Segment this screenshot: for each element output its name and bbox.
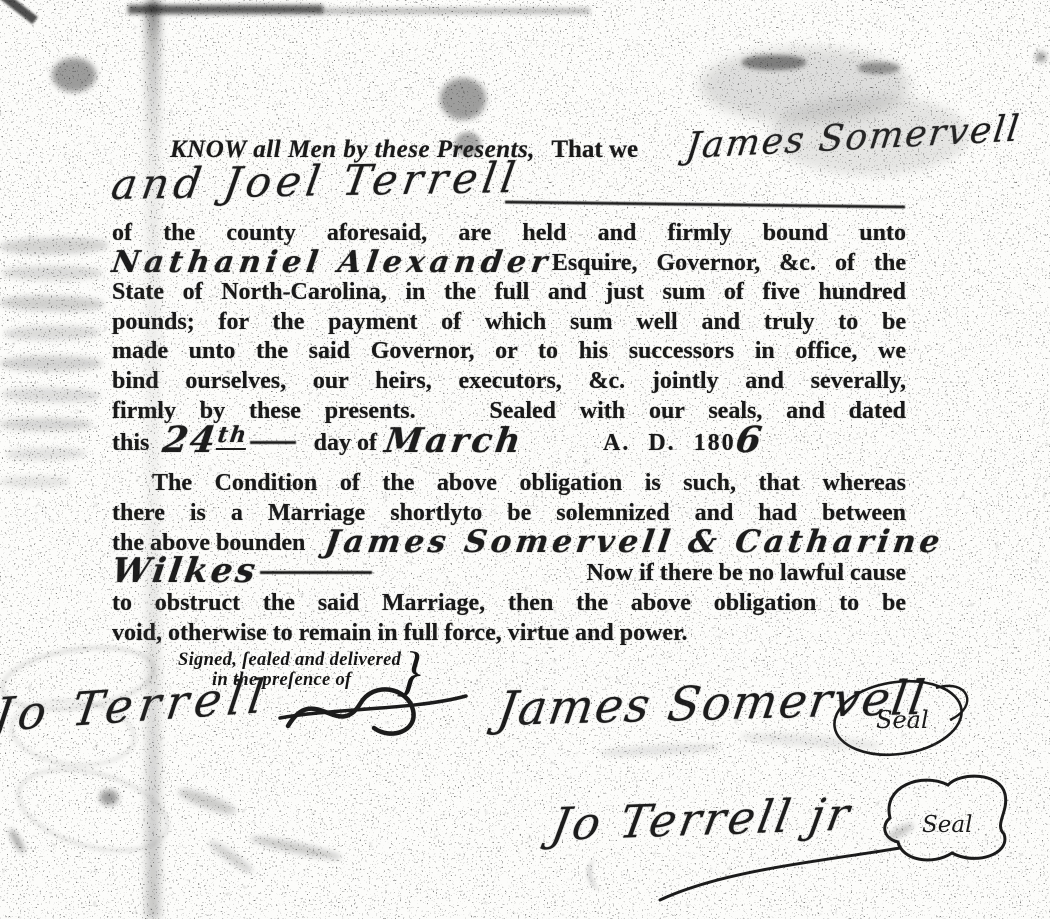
cosigner-signature-tail <box>600 838 930 908</box>
top-edge-blot-light <box>320 8 590 14</box>
bleed-through-text <box>2 387 100 403</box>
ghost-scrawl <box>740 730 880 752</box>
obligation-line-4: pounds; for the payment of which sum wel… <box>112 308 906 338</box>
ink-dot <box>1036 52 1046 62</box>
obligation-line-5: made unto the said Governor, or to his s… <box>112 337 906 367</box>
corner-ink-mark <box>0 0 38 24</box>
ghost-loop <box>8 753 178 867</box>
condition-line-4: Wilkes Now if there be no lawful cause <box>112 558 906 588</box>
ghost-scrawl <box>600 742 720 758</box>
ghost-mark <box>585 856 615 892</box>
condition-line-5: to obstruct the said Marriage, then the … <box>112 588 906 618</box>
date-year-digit-handwritten: 6 <box>734 426 763 455</box>
ghost-mark <box>8 828 26 854</box>
obligation-line-2: Nathaniel AlexanderEsquire, Governor, &c… <box>112 249 906 279</box>
blank-line-rule <box>505 201 905 209</box>
governor-name-handwritten: Nathaniel Alexander <box>110 251 553 275</box>
bleed-through-text <box>0 418 92 431</box>
bride-surname-handwritten: Wilkes <box>110 558 260 585</box>
bride-surname-rule <box>260 571 372 574</box>
obligation-line-6: bind ourselves, our heirs, executors, &c… <box>112 367 906 397</box>
smudge-cluster <box>700 48 910 123</box>
ink-blot <box>52 58 96 92</box>
ink-dot <box>100 790 118 805</box>
cosigner-signature: Jo Terrell jr <box>547 787 856 851</box>
bride-surname-group: Wilkes <box>112 558 378 588</box>
date-this-label: this <box>112 430 149 456</box>
date-year-print: A. D. 180 <box>603 430 736 456</box>
obligation-line-2-print: Esquire, Governor, &c. of the <box>552 250 906 276</box>
date-dayof-label: day of <box>314 430 377 456</box>
bleed-through-text <box>0 356 102 371</box>
ghost-scrawl <box>207 838 255 876</box>
ink-streak <box>858 62 900 74</box>
marriage-bond-document-scan: KNOW all Men by these Presents, That we … <box>0 0 1050 919</box>
bleed-through-text <box>0 476 70 488</box>
date-line: this 24th day of March A. D. 1806 <box>112 426 906 459</box>
ink-blot <box>440 78 486 120</box>
bleed-through-text <box>4 325 100 341</box>
opening-print-roman: That we <box>551 136 638 163</box>
cosigner-seal: Seal <box>878 770 1023 880</box>
couple-names-handwritten: James Somervell & Catharine <box>324 530 946 555</box>
bleed-through-text <box>0 295 104 312</box>
condition-line-6: void, otherwise to remain in full force,… <box>112 618 906 648</box>
bleed-through-text <box>2 266 102 280</box>
obligation-line-7a: firmly by these presents. <box>112 398 416 424</box>
cosigner-seal-label: Seal <box>922 812 972 838</box>
bleed-through-text <box>0 237 108 255</box>
principal-signature: James Somervell <box>494 671 930 737</box>
obligation-paragraph: of the county aforesaid, are held and fi… <box>112 219 906 459</box>
witness-signature: Jo Terrell <box>0 668 273 742</box>
date-dash-stroke <box>250 441 296 444</box>
condition-paragraph: The Condition of the above obligation is… <box>112 468 906 648</box>
condition-line-4-print: Now if there be no lawful cause <box>586 558 906 588</box>
obligation-line-3: State of North-Carolina, in the full and… <box>112 278 906 308</box>
date-month-handwritten: March <box>383 428 525 455</box>
cosigner-name-handwritten: and Joel Terrell <box>108 153 523 209</box>
condition-line-1: The Condition of the above obligation is… <box>112 468 906 498</box>
bleed-through-text <box>6 447 86 460</box>
ghost-scrawl <box>250 834 342 863</box>
date-day-handwritten: 24th <box>161 426 249 455</box>
ghost-mark <box>885 821 915 843</box>
top-edge-blot <box>128 5 323 14</box>
obligation-line-7b: Sealed with our seals, and dated <box>489 398 906 424</box>
ghost-scrawl <box>177 785 238 818</box>
fold-crease-smudge <box>146 0 160 919</box>
attestation-line-1: Signed, ſealed and delivered <box>178 650 401 670</box>
ink-streak <box>742 55 806 70</box>
principal-name-handwritten: James Somervell <box>683 108 1023 167</box>
attestation-brace: } <box>396 639 425 705</box>
